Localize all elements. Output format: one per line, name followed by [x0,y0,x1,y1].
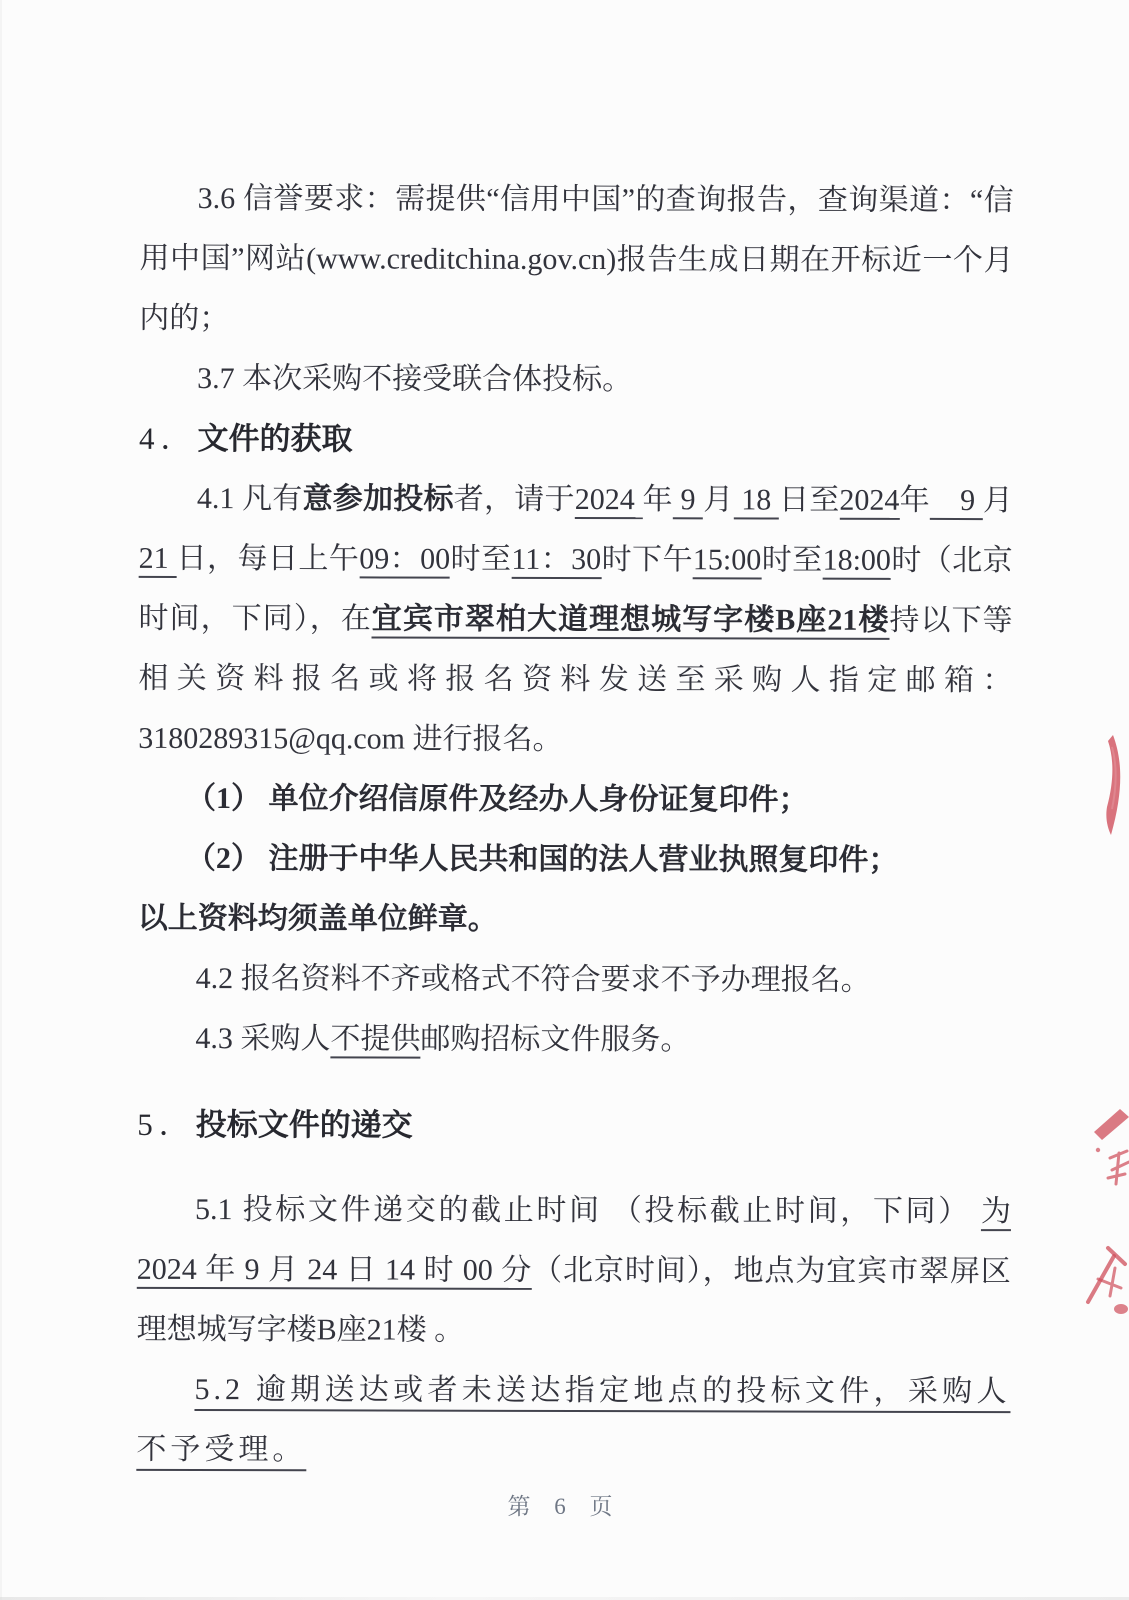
page-number-footer: 第 6 页 [0,1488,1129,1521]
clause-4-1-seg: 年 [899,484,930,517]
clause-5-1-seg: 5.1 投标文件递交的截止时间 （投标截止时间，下同） [195,1193,981,1228]
late-submission-rule: 5.2 逾期送达或者未送达指定地点的投标文件，采购人不予受理。 [136,1373,1010,1471]
clause-4-1-emphasis: 意参加投标 [303,482,454,515]
clause-5-2: 5.2 逾期送达或者未送达指定地点的投标文件，采购人不予受理。 [136,1360,1010,1482]
clause-4-2-text: 4.2 报名资料不齐或格式不符合要求不予办理报名。 [196,962,871,997]
registration-address: 宜宾市翠柏大道理想城写字楼B座21楼 [372,602,890,639]
red-seal-character-fragment-upper [1092,1106,1129,1190]
clause-4-1-seg: 月 [703,483,733,516]
clause-4-3: 4.3 采购人不提供邮购招标文件服务。 [137,1009,1011,1071]
clause-4-1-seg: 时至 [450,543,511,576]
afternoon-close-time: 18:00 [823,544,891,580]
page-number-label: 第 6 页 [508,1494,622,1519]
morning-open-time: 09：00 [359,542,450,578]
item-1-text: （1） 单位介绍信原件及经办人身份证复印件； [186,782,809,817]
red-seal-arc-fragment [1100,733,1126,839]
seal-requirement-note: 以上资料均须盖单位鲜章。 [138,889,1012,951]
clause-4-2: 4.2 报名资料不齐或格式不符合要求不予办理报名。 [138,949,1012,1011]
clause-4-1-seg: 月 [983,484,1013,517]
clause-4-1: 4.1 凡有意参加投标者，请于2024 年 9 月 18 日至2024年 9 月… [138,469,1013,771]
red-seal-character-fragment-lower [1080,1238,1129,1318]
clause-3-7: 3.7 本次采购不接受联合体投标。 [139,349,1013,411]
clause-5-1: 5.1 投标文件递交的截止时间 （投标截止时间，下同） 为 2024 年 9 月… [137,1180,1011,1362]
clause-4-3-seg: 4.3 采购人 [195,1022,330,1055]
end-month: 9 [930,484,983,520]
section-5-number: 5． [137,1107,196,1142]
clause-3-7-text: 3.7 本次采购不接受联合体投标。 [197,362,632,396]
clause-4-1-seg: 日，每日上午 [177,542,360,575]
item-2-text: （2） 注册于中华人民共和国的法人营业执照复印件； [186,842,899,877]
required-document-item-1: （1） 单位介绍信原件及经办人身份证复印件； [138,769,1012,831]
start-month: 9 [673,483,704,519]
end-year: 2024 [839,484,899,520]
clause-4-1-seg: 进行报名。 [405,723,563,756]
section-5-heading: 5．投标文件的递交 [137,1095,1011,1157]
clause-3-6: 3.6 信誉要求：需提供“信用中国”的查询报告，查询渠道：“信用中国”网站(ww… [139,169,1013,351]
required-document-item-2: （2） 注册于中华人民共和国的法人营业执照复印件； [138,829,1012,891]
clause-4-1-seg: 日至 [779,484,840,517]
document-page: 3.6 信誉要求：需提供“信用中国”的查询报告，查询渠道：“信用中国”网站(ww… [0,0,1129,1600]
clause-4-3-seg: 邮购招标文件服务。 [420,1023,690,1057]
start-day: 18 [733,483,779,519]
seal-note-text: 以上资料均须盖单位鲜章。 [138,902,498,936]
clause-4-1-seg: 时下午 [601,543,693,576]
clause-3-6-text: 3.6 信誉要求：需提供“信用中国”的查询报告，查询渠道：“信用中国”网站(ww… [139,182,1013,335]
document-body: 3.6 信誉要求：需提供“信用中国”的查询报告，查询渠道：“信用中国”网站(ww… [136,169,1013,1482]
clause-4-1-seg: 4.1 凡有 [197,482,303,515]
no-mail-order-emphasis: 不提供 [330,1022,420,1058]
start-year: 2024 [575,483,643,519]
section-4-heading: 4．文件的获取 [139,409,1013,471]
clause-4-1-seg: 年 [642,483,672,516]
section-4-title: 文件的获取 [197,421,352,456]
clause-4-1-seg: 者，请于 [454,483,575,516]
scan-edge-left [0,0,2,1600]
clause-4-1-seg: 时至 [761,543,822,576]
email-address: 3180289315@qq.com [138,722,405,756]
section-4-number: 4． [139,421,198,456]
section-5-title: 投标文件的递交 [196,1107,413,1143]
morning-close-time: 11：30 [511,543,601,579]
afternoon-open-time: 15:00 [693,543,761,579]
